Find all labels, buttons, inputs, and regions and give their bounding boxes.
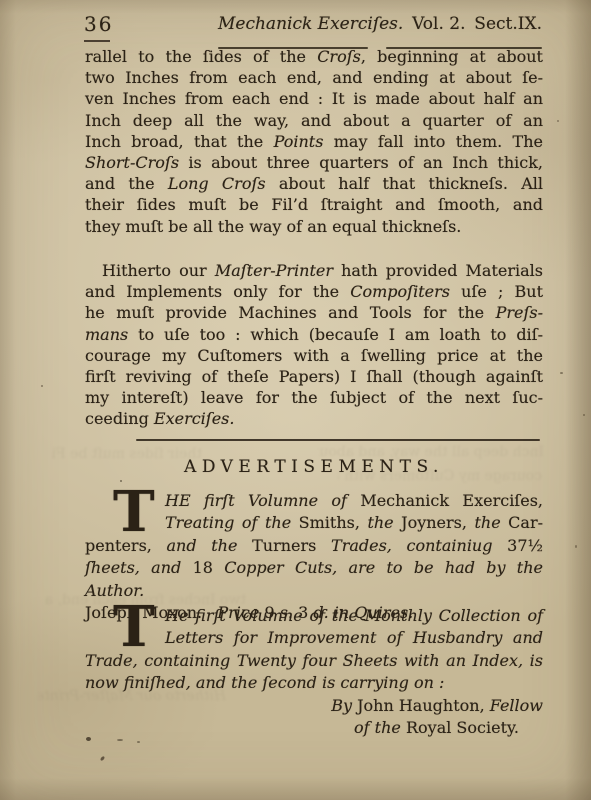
ink-speck [41,385,43,387]
drop-cap-initial: T [113,602,155,652]
ink-speck [137,741,140,743]
running-header-title: Mechanick Exerciſes. [218,14,403,34]
page-number-block: 36 [84,12,113,42]
text-line: now finiſhed, and the ſecond is carrying… [85,672,543,694]
advertisements-divider-rule [136,439,540,441]
text-line: ceeding Exerciſes. [85,408,543,429]
text-line: Inch broad, that the Points may fall int… [85,131,543,152]
drop-cap-initial: T [113,487,155,537]
ink-speck [575,545,577,548]
ink-speck [86,737,91,741]
ink-speck [557,120,559,122]
page-number-rule [84,40,110,42]
body-paragraph-1: rallel to the ſides of the Croſs, beginn… [85,46,543,237]
text-line: rallel to the ſides of the Croſs, beginn… [85,46,543,67]
text-line: ven Inches from each end : It is made ab… [85,88,543,109]
scanned-book-page: Inch deep all the way, and about a quart… [0,0,591,800]
text-line: my intereſt) leave for the ſubject of th… [85,387,543,408]
running-header-section: Sect.IX. [474,14,542,34]
ink-speck [117,739,123,741]
text-line: By John Haughton, Fellow [85,695,543,717]
text-line: two Inches from each end, and ending at … [85,67,543,88]
text-line: courage my Cuſtomers with a ſwelling pri… [85,345,543,366]
text-line: and Implements only for the Compoſiters … [85,281,543,302]
ink-speck [560,372,563,374]
text-line: Inch deep all the way, and about a quart… [85,110,543,131]
text-line: Hitherto our Maſter-Printer hath provide… [85,260,543,281]
text-line: firſt reviving of theſe Papers) I ſhall … [85,366,543,387]
ink-speck [120,480,122,482]
text-line: Short-Croſs is about three quarters of a… [85,152,543,173]
ink-speck [583,414,585,416]
ink-speck [100,756,106,762]
text-line: of the Royal Society. [85,717,543,739]
text-line: their ſides muſt be Fil’d ſtraight and ſ… [85,194,543,215]
text-line: he muſt provide Machines and Tools for t… [85,302,543,323]
advertisement-2: T He firſt Volumne of the Monthly Collec… [85,605,543,739]
text-line: they muſt be all the way of an equal thi… [85,216,543,237]
advertisements-heading: ADVERTISEMENTS. [85,457,543,477]
body-paragraph-2: Hitherto our Maſter-Printer hath provide… [85,260,543,430]
running-header: Mechanick Exerciſes. Vol. 2. Sect.IX. [218,14,542,34]
text-line: and the Long Croſs about half that thick… [85,173,543,194]
page-number: 36 [84,12,113,36]
running-header-volume: Vol. 2. [412,14,465,34]
text-line: mans to uſe too : which (becauſe I am lo… [85,324,543,345]
